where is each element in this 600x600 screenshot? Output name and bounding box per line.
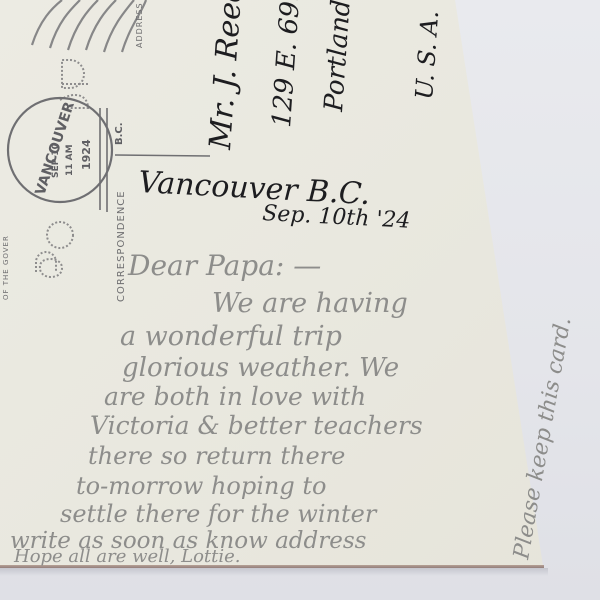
postmark-time: 11 AM (65, 144, 75, 176)
letter-salutation: Dear Papa: — (127, 249, 321, 282)
photo-scene: ADDRESS POST CARD VANCOUVER SEP 10 11 AM… (0, 0, 600, 600)
letter-line: We are having (212, 288, 408, 319)
address-line-4: U. S. A. (410, 10, 444, 101)
letter-line: there so return there (88, 442, 345, 470)
postmark-date: SEP 10 (51, 143, 61, 178)
postmark-year: 1924 (80, 139, 93, 170)
address-line-1: Mr. J. Reed (203, 0, 250, 152)
address-line-2: 129 E. 69th (267, 0, 308, 128)
letter-line: Victoria & better teachers (90, 411, 423, 440)
letter-body: Dear Papa: — We are having a wonderful t… (10, 249, 576, 567)
letter-line: glorious weather. We (122, 353, 399, 383)
letter-line: settle there for the winter (60, 500, 378, 528)
postmark-province: B.C. (114, 122, 125, 145)
letter-line: Hope all are well, Lottie. (13, 546, 241, 567)
margin-note: Please keep this card. (509, 315, 576, 562)
printed-side-text: OF THE GOVER (2, 235, 10, 300)
address-line-3: Portland, Ore. (319, 0, 362, 113)
letter-line: to-morrow hoping to (76, 472, 326, 500)
correspondence-label: CORRESPONDENCE (116, 190, 127, 302)
letter-line: are both in love with (104, 382, 366, 411)
printed-address-label: ADDRESS (135, 2, 144, 48)
letter-date: Sep. 10th '24 (262, 201, 411, 234)
cancel-wavy-lines-icon (32, 0, 146, 52)
postcard-markings: ADDRESS POST CARD VANCOUVER SEP 10 11 AM… (0, 0, 600, 600)
letter-line: a wonderful trip (120, 321, 342, 352)
